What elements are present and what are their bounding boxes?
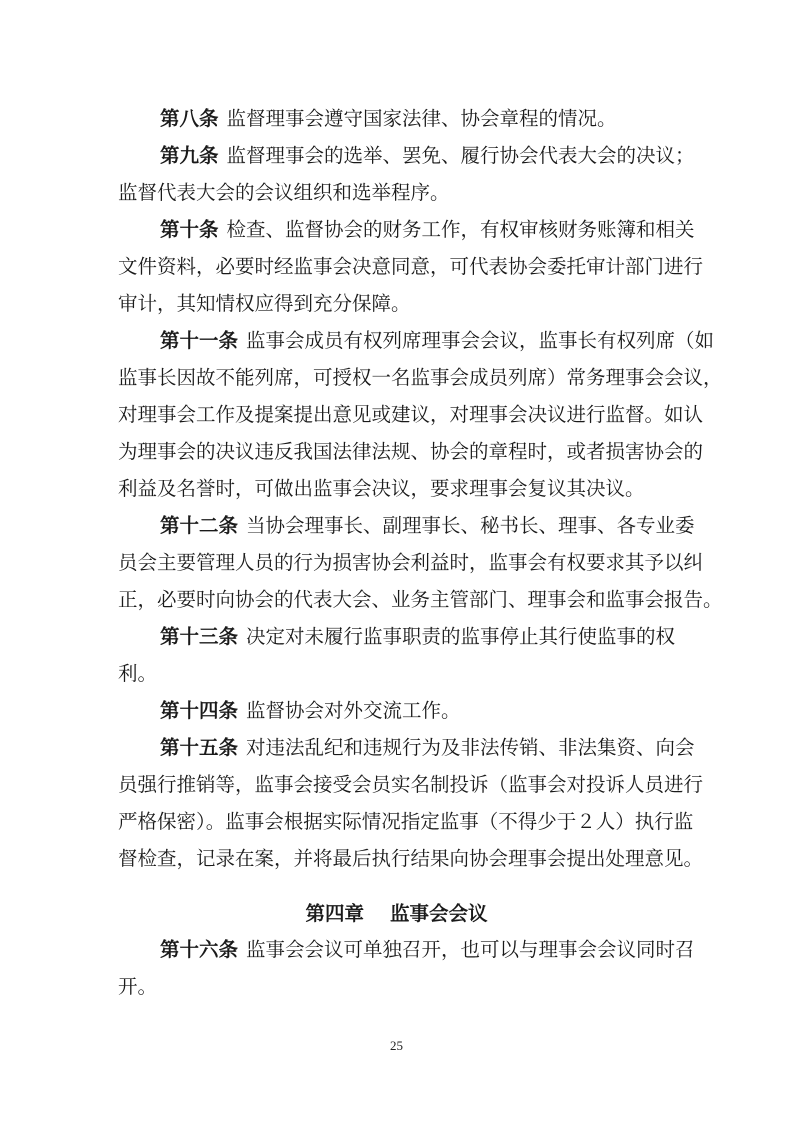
article-15-line-4: 督检查，记录在案，并将最后执行结果向协会理事会提出处理意见。 bbox=[118, 844, 675, 874]
article-text: 决定对未履行监事职责的监事停止其行使监事的权 bbox=[246, 625, 675, 648]
article-15-line-2: 员强行推销等，监事会接受会员实名制投诉（监事会对投诉人员进行 bbox=[118, 770, 675, 800]
article-heading: 第十四条 bbox=[160, 699, 238, 722]
article-10-line-3: 审计，其知情权应得到充分保障。 bbox=[118, 289, 675, 319]
article-heading: 第十三条 bbox=[160, 625, 238, 648]
article-heading: 第十一条 bbox=[160, 329, 238, 352]
article-9-line-2: 监督代表大会的会议组织和选举程序。 bbox=[118, 178, 675, 208]
article-heading: 第八条 bbox=[160, 107, 219, 130]
article-text: 监事会会议可单独召开，也可以与理事会会议同时召 bbox=[246, 938, 695, 961]
article-11-line-3: 对理事会工作及提案提出意见或建议，对理事会决议进行监督。如认 bbox=[118, 400, 675, 430]
article-heading: 第十二条 bbox=[160, 514, 238, 537]
article-13: 第十三条决定对未履行监事职责的监事停止其行使监事的权 bbox=[160, 622, 675, 652]
article-heading: 第十条 bbox=[160, 218, 219, 241]
article-12: 第十二条当协会理事长、副理事长、秘书长、理事、各专业委 bbox=[160, 511, 675, 541]
article-11: 第十一条监事会成员有权列席理事会会议，监事长有权列席（如 bbox=[160, 326, 675, 356]
article-16-line-2: 开。 bbox=[118, 972, 675, 1002]
article-text: 监督理事会的选举、罢免、履行协会代表大会的决议； bbox=[227, 144, 695, 167]
article-11-line-2: 监事长因故不能列席，可授权一名监事会成员列席）常务理事会会议， bbox=[118, 363, 675, 393]
article-15-line-3: 严格保密）。监事会根据实际情况指定监事（不得少于２人）执行监 bbox=[118, 807, 675, 837]
article-heading: 第十五条 bbox=[160, 736, 238, 759]
document-page: 第八条监督理事会遵守国家法律、协会章程的情况。 第九条监督理事会的选举、罢免、履… bbox=[0, 0, 793, 1122]
article-heading: 第十六条 bbox=[160, 938, 238, 961]
article-text: 检查、监督协会的财务工作，有权审核财务账簿和相关 bbox=[227, 218, 695, 241]
chapter-heading: 第四章监事会会议 bbox=[0, 899, 793, 929]
article-11-line-4: 为理事会的决议违反我国法律法规、协会的章程时，或者损害协会的 bbox=[118, 437, 675, 467]
article-14: 第十四条监督协会对外交流工作。 bbox=[160, 696, 675, 726]
article-13-line-2: 利。 bbox=[118, 659, 675, 689]
article-text: 监督协会对外交流工作。 bbox=[246, 699, 461, 722]
article-12-line-3: 正，必要时向协会的代表大会、业务主管部门、理事会和监事会报告。 bbox=[118, 585, 675, 615]
article-text: 当协会理事长、副理事长、秘书长、理事、各专业委 bbox=[246, 514, 695, 537]
article-11-line-5: 利益及名誉时，可做出监事会决议，要求理事会复议其决议。 bbox=[118, 474, 675, 504]
page-number: 25 bbox=[0, 1038, 793, 1054]
article-16: 第十六条监事会会议可单独召开，也可以与理事会会议同时召 bbox=[160, 935, 675, 965]
article-text: 对违法乱纪和违规行为及非法传销、非法集资、向会 bbox=[246, 736, 695, 759]
article-text: 监事会成员有权列席理事会会议，监事长有权列席（如 bbox=[246, 329, 714, 352]
article-10: 第十条检查、监督协会的财务工作，有权审核财务账簿和相关 bbox=[160, 215, 675, 245]
article-10-line-2: 文件资料，必要时经监事会决意同意，可代表协会委托审计部门进行 bbox=[118, 252, 675, 282]
article-heading: 第九条 bbox=[160, 144, 219, 167]
article-8: 第八条监督理事会遵守国家法律、协会章程的情况。 bbox=[160, 104, 675, 134]
chapter-number: 第四章 bbox=[305, 899, 364, 929]
article-9: 第九条监督理事会的选举、罢免、履行协会代表大会的决议； bbox=[160, 141, 675, 171]
chapter-title: 监事会会议 bbox=[390, 899, 488, 929]
article-15: 第十五条对违法乱纪和违规行为及非法传销、非法集资、向会 bbox=[160, 733, 675, 763]
article-12-line-2: 员会主要管理人员的行为损害协会利益时，监事会有权要求其予以纠 bbox=[118, 548, 675, 578]
article-text: 监督理事会遵守国家法律、协会章程的情况。 bbox=[227, 107, 617, 130]
